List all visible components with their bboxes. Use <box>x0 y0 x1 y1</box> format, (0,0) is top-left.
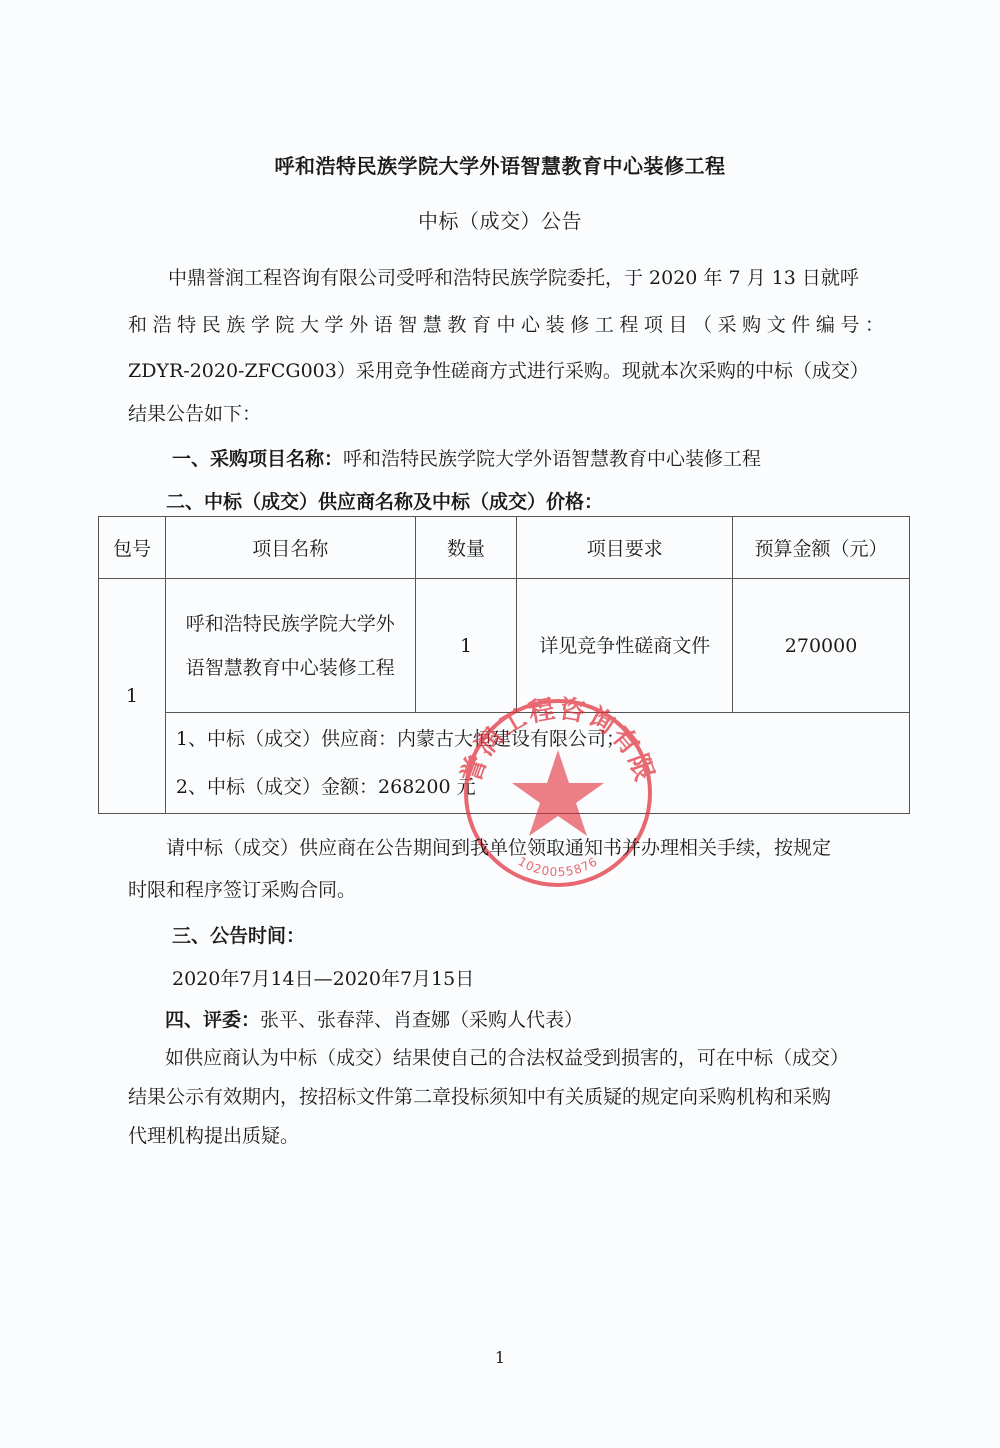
complaint-line-3: 代理机构提出质疑。 <box>128 1124 299 1148</box>
section-3-value: 2020年7月14日—2020年7月15日 <box>172 967 474 991</box>
section-4: 四、评委：张平、张春萍、肖查娜（采购人代表） <box>165 1008 583 1032</box>
award-supplier: 1、中标（成交）供应商：内蒙古大恒建设有限公司； <box>176 715 909 763</box>
page-number: 1 <box>0 1348 1000 1367</box>
intro-line-2: 和浩特民族学院大学外语智慧教育中心装修工程项目（采购文件编号： <box>128 313 884 337</box>
intro-line-1: 中鼎誉润工程咨询有限公司受呼和浩特民族学院委托，于 2020 年 7 月 13 … <box>168 266 884 290</box>
section-1-heading: 一、采购项目名称： <box>172 448 343 470</box>
notice-line-2: 时限和程序签订采购合同。 <box>128 878 356 902</box>
header-requirement: 项目要求 <box>517 517 733 579</box>
cell-package-no: 1 <box>99 579 166 814</box>
cell-project-name: 呼和浩特民族学院大学外 语智慧教育中心装修工程 <box>165 579 415 713</box>
section-1: 一、采购项目名称：呼和浩特民族学院大学外语智慧教育中心装修工程 <box>172 447 761 471</box>
document-title: 呼和浩特民族学院大学外语智慧教育中心装修工程 <box>0 150 1000 179</box>
notice-line-1: 请中标（成交）供应商在公告期间到我单位领取通知书并办理相关手续，按规定 <box>166 836 831 860</box>
table-row: 1 呼和浩特民族学院大学外 语智慧教育中心装修工程 1 详见竞争性磋商文件 27… <box>99 579 910 713</box>
intro-line-4: 结果公告如下： <box>128 402 261 426</box>
header-budget: 预算金额（元） <box>733 517 910 579</box>
document-page: 呼和浩特民族学院大学外语智慧教育中心装修工程 中标（成交）公告 中鼎誉润工程咨询… <box>0 0 1000 1448</box>
cell-budget: 270000 <box>733 579 910 713</box>
cell-award-result: 1、中标（成交）供应商：内蒙古大恒建设有限公司； 2、中标（成交）金额：2682… <box>165 713 909 814</box>
document-subtitle: 中标（成交）公告 <box>0 205 1000 234</box>
award-table: 包号 项目名称 数量 项目要求 预算金额（元） 1 呼和浩特民族学院大学外 语智… <box>98 516 910 814</box>
complaint-line-1: 如供应商认为中标（成交）结果使自己的合法权益受到损害的，可在中标（成交） <box>165 1046 849 1070</box>
table-result-row: 1、中标（成交）供应商：内蒙古大恒建设有限公司； 2、中标（成交）金额：2682… <box>99 713 910 814</box>
header-project-name: 项目名称 <box>165 517 415 579</box>
intro-line-3: ZDYR-2020-ZFCG003）采用竞争性磋商方式进行采购。现就本次采购的中… <box>128 359 884 383</box>
project-name-line-2: 语智慧教育中心装修工程 <box>166 646 415 690</box>
section-4-heading: 四、评委： <box>165 1009 260 1031</box>
project-name-line-1: 呼和浩特民族学院大学外 <box>166 602 415 646</box>
header-package-no: 包号 <box>99 517 166 579</box>
cell-quantity: 1 <box>415 579 517 713</box>
award-amount: 2、中标（成交）金额：268200 元 <box>176 763 909 811</box>
section-4-value: 张平、张春萍、肖查娜（采购人代表） <box>260 1009 583 1031</box>
table-header-row: 包号 项目名称 数量 项目要求 预算金额（元） <box>99 517 910 579</box>
section-1-value: 呼和浩特民族学院大学外语智慧教育中心装修工程 <box>343 448 761 470</box>
complaint-line-2: 结果公示有效期内，按招标文件第二章投标须知中有关质疑的规定向采购机构和采购 <box>128 1085 831 1109</box>
cell-requirement: 详见竞争性磋商文件 <box>517 579 733 713</box>
section-2-heading: 二、中标（成交）供应商名称及中标（成交）价格： <box>166 490 603 514</box>
section-3-heading: 三、公告时间： <box>172 924 305 948</box>
header-quantity: 数量 <box>415 517 517 579</box>
